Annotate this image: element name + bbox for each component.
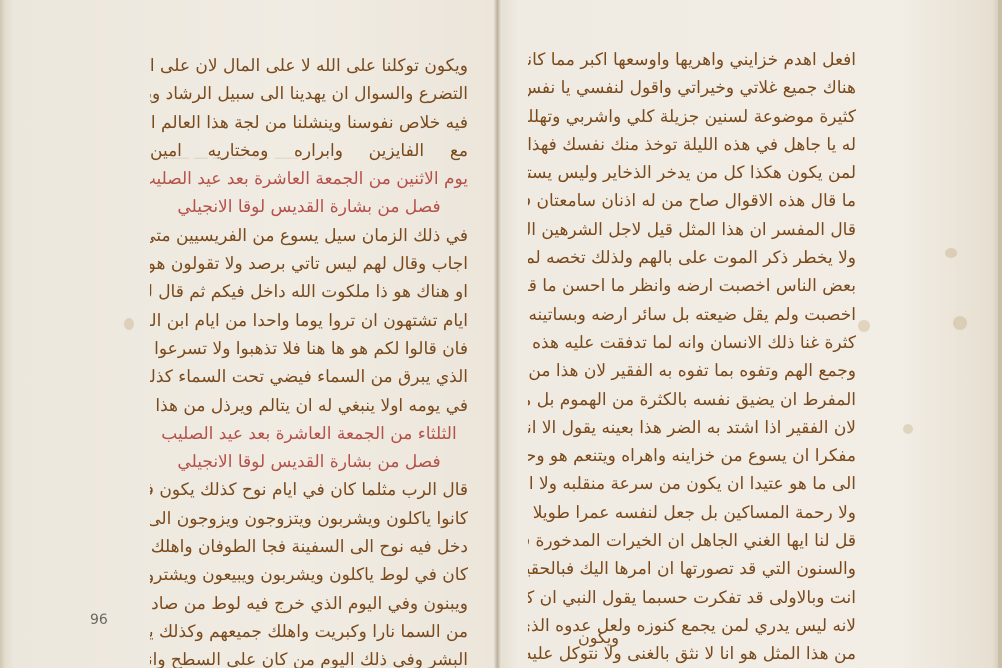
right-page-text: افعل اهدم خزايني واهريها واوسعها اكبر مم… (528, 46, 856, 668)
text-line: ولا رحمة المساكين بل جعل لنفسه عمرا طويل… (528, 499, 856, 527)
text-line: كثرة غنا ذلك الانسان وانه لما تدفقت عليه… (528, 329, 856, 357)
water-stain (858, 320, 870, 332)
text-line: افعل اهدم خزايني واهريها واوسعها اكبر مم… (528, 46, 856, 74)
catchword: ويكون (578, 628, 619, 647)
text-line: ويكون توكلنا على الله لا على المال لان ع… (150, 52, 468, 80)
text-line: او هناك هو ذا ملكوت الله داخل فيكم ثم قا… (150, 278, 468, 306)
rubric-line: فصل من بشارة القديس لوقا الانجيلي (150, 193, 468, 221)
text-line: في ذلك الزمان سيل يسوع من الفريسيين متى … (150, 222, 468, 250)
text-line: انت وبالاولى قد تفكرت حسبما يقول النبي ا… (528, 584, 856, 612)
book-gutter (494, 0, 502, 668)
text-line: كان في لوط ياكلون ويشربون ويبيعون ويشترو… (150, 561, 468, 589)
text-line: في يومه اولا ينبغي له ان يتالم ويرذل من … (150, 392, 468, 420)
text-line: كثيرة موضوعة لسنين جزيلة كلي واشربي وتهل… (528, 103, 856, 131)
folio-number: 96 (90, 612, 108, 628)
text-line: بعض الناس اخصبت ارضه وانظر ما احسن ما قا… (528, 272, 856, 300)
water-stain (903, 424, 913, 434)
text-line: ويبنون وفي اليوم الذي خرج فيه لوط من صاد… (150, 590, 468, 618)
text-line: دخل فيه نوح الى السفينة فجا الطوفان واهل… (150, 533, 468, 561)
text-line: لان الفقير اذا اشتد به الضر هذا بعينه يق… (528, 414, 856, 442)
left-page-edge (0, 0, 6, 668)
rubric-line: الثلثاء من الجمعة العاشرة بعد عيد الصليب (150, 420, 468, 448)
text-line: ايام تشتهون ان تروا يوما واحدا من ايام ا… (150, 307, 468, 335)
text-line: وجمع الهم وتفوه بما تفوه به الفقير لان ه… (528, 357, 856, 385)
text-line: البشر وفي ذلك اليوم من كان على السطح وان… (150, 646, 468, 668)
left-manuscript-page: ـــــ ــــ ـــــــ ـــ ــــ ويكون توكلنا… (0, 0, 498, 668)
text-line: هناك جميع غلاتي وخيراتي واقول لنفسي يا ن… (528, 74, 856, 102)
text-line: المفرط ان يضيق نفسه بالكثرة من الهموم بل… (528, 386, 856, 414)
ink-stain (124, 318, 134, 330)
text-line: الذي يبرق من السماء فيضي تحت السماء كذلك… (150, 363, 468, 391)
rubric-line: يوم الاثنين من الجمعة العاشرة بعد عيد ال… (150, 165, 468, 193)
text-line: مفكرا ان يسوع من خزاينه واهراه ويتنعم هو… (528, 442, 856, 470)
text-line: قال الرب مثلما كان في ايام نوح كذلك يكون… (150, 476, 468, 504)
text-line: التضرع والسوال ان يهدينا الى سبيل الرشاد… (150, 80, 468, 108)
left-page-text: ويكون توكلنا على الله لا على المال لان ع… (150, 52, 468, 668)
text-line: الى ما هو عتيدا ان يكون من سرعة منقلبه و… (528, 470, 856, 498)
text-line: اجاب وقال لهم ليس تاتي برصد ولا تقولون ه… (150, 250, 468, 278)
right-page-edge (998, 0, 1002, 668)
text-line: كانوا ياكلون ويشربون ويتزوجون ويزوجون ال… (150, 505, 468, 533)
text-line: ولا يخطر ذكر الموت على بالهم ولذلك تخصه … (528, 244, 856, 272)
text-line: والسنون التي قد تصورتها ان امرها اليك فب… (528, 555, 856, 583)
rubric-line: فصل من بشارة القديس لوقا الانجيلي (150, 448, 468, 476)
text-line: فان قالوا لكم هو ها هنا فلا تذهبوا ولا ت… (150, 335, 468, 363)
water-stain (953, 316, 967, 330)
text-line: قل لنا ايها الغني الجاهل ان الخيرات المد… (528, 527, 856, 555)
text-line: لمن يكون هكذا كل من يدخر الذخاير وليس يس… (528, 159, 856, 187)
text-line: مع الفايزين وابراره ومختاريه امين (150, 137, 468, 165)
text-line: من السما نارا وكبريت واهلك جميعهم وكذلك … (150, 618, 468, 646)
text-line: فيه خلاص نفوسنا وينشلنا من لجة هذا العال… (150, 109, 468, 137)
text-line: اخصبت ولم يقل ضيعته بل سائر ارضه وبساتين… (528, 301, 856, 329)
water-stain (945, 248, 957, 258)
right-manuscript-page: افعل اهدم خزايني واهريها واوسعها اكبر مم… (498, 0, 1002, 668)
text-line: له يا جاهل في هذه الليلة توخذ منك نفسك ف… (528, 131, 856, 159)
text-line: ما قال هذه الاقوال صاح من له اذنان سامعت… (528, 187, 856, 215)
text-line: قال المفسر ان هذا المثل قيل لاجل الشرهين… (528, 216, 856, 244)
